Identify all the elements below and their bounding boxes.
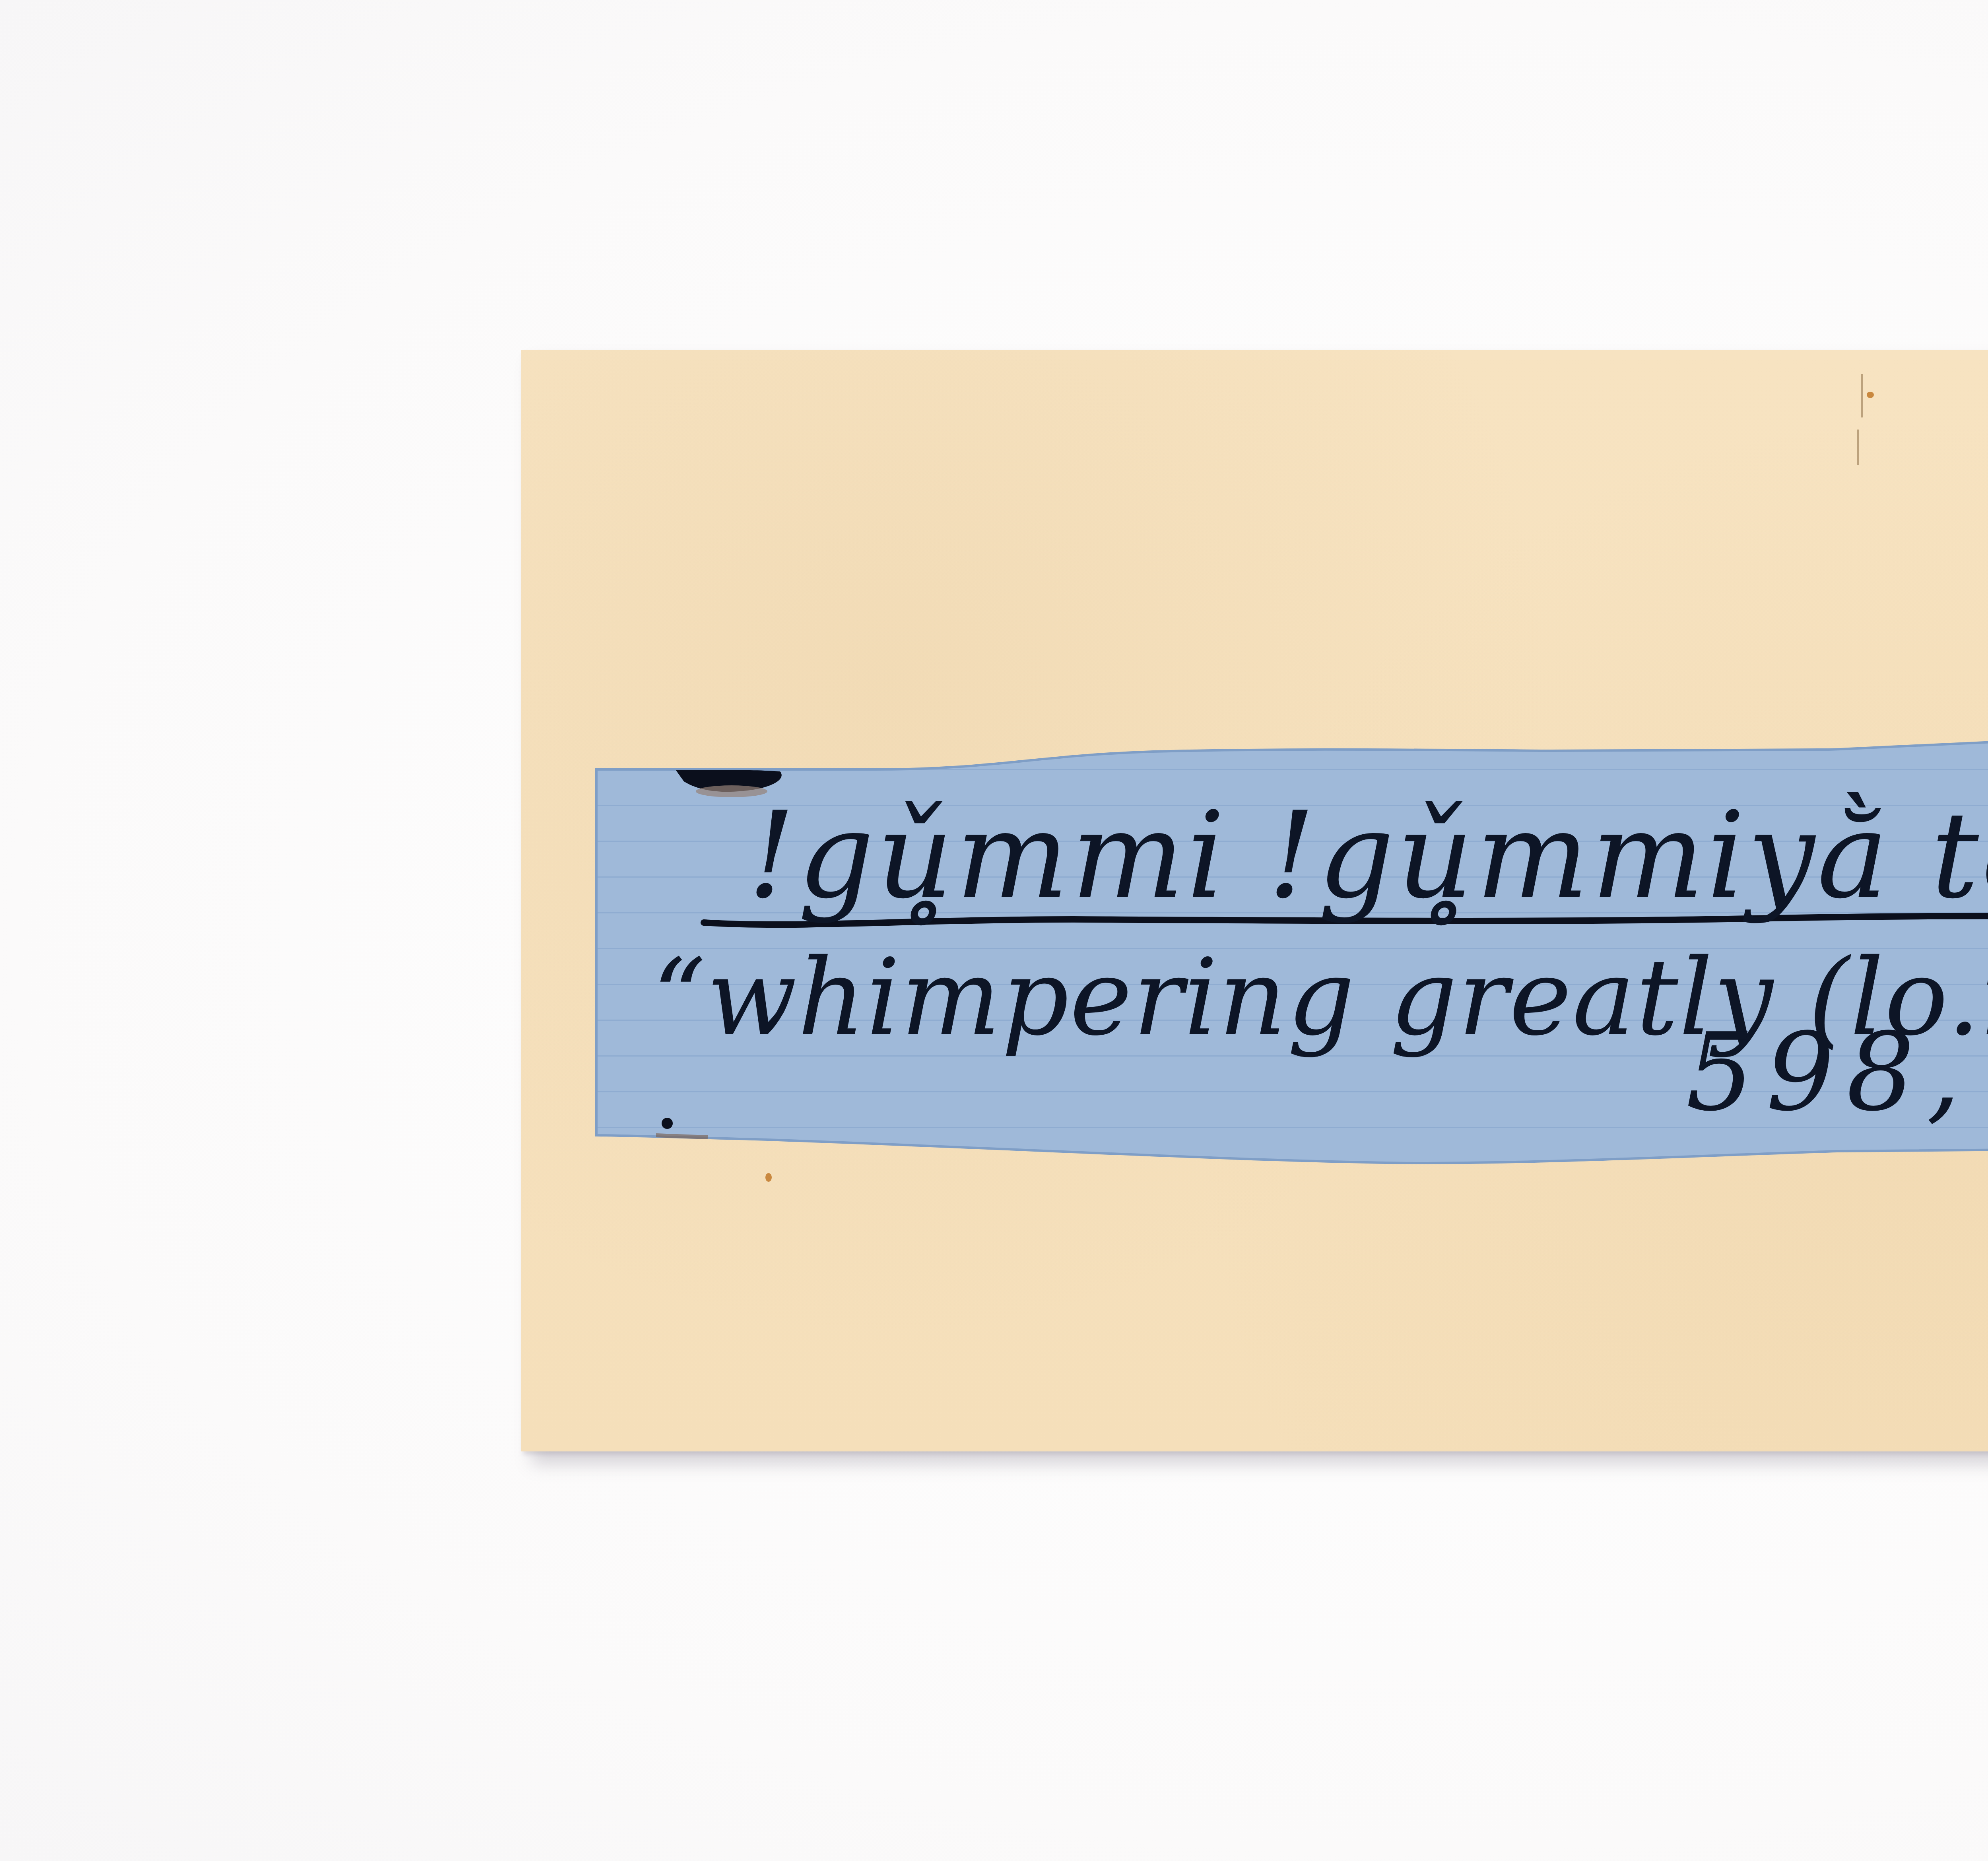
cream-card [521, 350, 1988, 1451]
paper-speck [1867, 392, 1874, 398]
paper-speck [952, 809, 961, 820]
paper-speck [765, 1173, 772, 1182]
photo-background: !gǔ̥mmi !gǔ̥mmiyằ tē ǂkhǔ̍ “whimpering g… [0, 0, 1988, 1861]
paper-speck [1952, 783, 1956, 787]
fold-mark [1857, 429, 1859, 465]
fold-mark [1861, 374, 1863, 418]
